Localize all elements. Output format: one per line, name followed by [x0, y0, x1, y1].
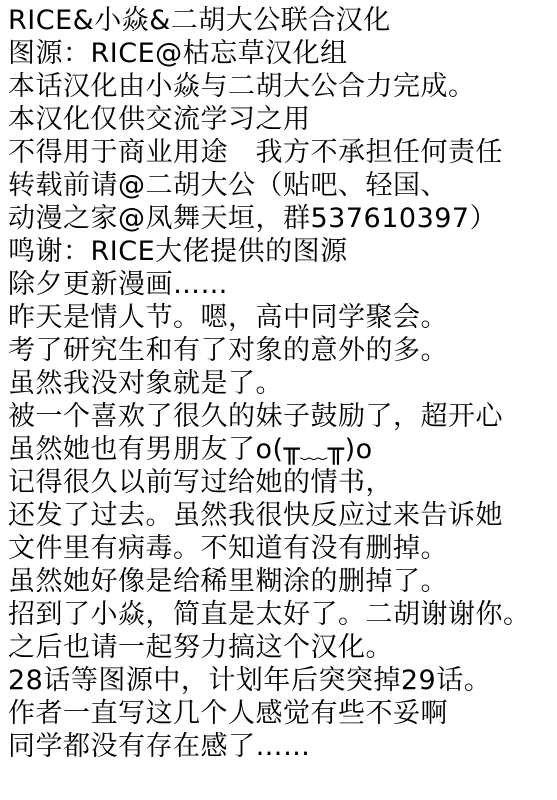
- text-line: 鸣谢：RICE大佬提供的图源: [8, 235, 555, 268]
- text-line: 本话汉化由小焱与二胡大公合力完成。: [8, 70, 555, 103]
- text-line: 还发了过去。虽然我很快反应过来告诉她: [8, 499, 555, 532]
- scanlation-credits-page: RICE&小焱&二胡大公联合汉化图源：RICE@枯忘草汉化组本话汉化由小焱与二胡…: [0, 0, 557, 800]
- text-line: 同学都没有存在感了……: [8, 730, 555, 763]
- text-line: 图源：RICE@枯忘草汉化组: [8, 37, 555, 70]
- text-line: 昨天是情人节。嗯，高中同学聚会。: [8, 301, 555, 334]
- text-line: 转载前请@二胡大公（贴吧、轻国、: [8, 169, 555, 202]
- text-line: 不得用于商业用途 我方不承担任何责任: [8, 136, 555, 169]
- text-line: 除夕更新漫画……: [8, 268, 555, 301]
- text-line: 之后也请一起努力搞这个汉化。: [8, 631, 555, 664]
- text-line: RICE&小焱&二胡大公联合汉化: [8, 4, 555, 37]
- text-line: 虽然她好像是给稀里糊涂的删掉了。: [8, 565, 555, 598]
- text-line: 虽然她也有男朋友了o(╥﹏╥)o: [8, 433, 555, 466]
- text-line: 本汉化仅供交流学习之用: [8, 103, 555, 136]
- text-line: 招到了小焱，简直是太好了。二胡谢谢你。: [8, 598, 555, 631]
- credits-text-block: RICE&小焱&二胡大公联合汉化图源：RICE@枯忘草汉化组本话汉化由小焱与二胡…: [8, 4, 555, 763]
- text-line: 考了研究生和有了对象的意外的多。: [8, 334, 555, 367]
- text-line: 28话等图源中，计划年后突突掉29话。: [8, 664, 555, 697]
- text-line: 文件里有病毒。不知道有没有删掉。: [8, 532, 555, 565]
- text-line: 被一个喜欢了很久的妹子鼓励了，超开心: [8, 400, 555, 433]
- text-line: 虽然我没对象就是了。: [8, 367, 555, 400]
- text-line: 动漫之家@凤舞天垣，群537610397）: [8, 202, 555, 235]
- text-line: 作者一直写这几个人感觉有些不妥啊: [8, 697, 555, 730]
- text-line: 记得很久以前写过给她的情书，: [8, 466, 555, 499]
